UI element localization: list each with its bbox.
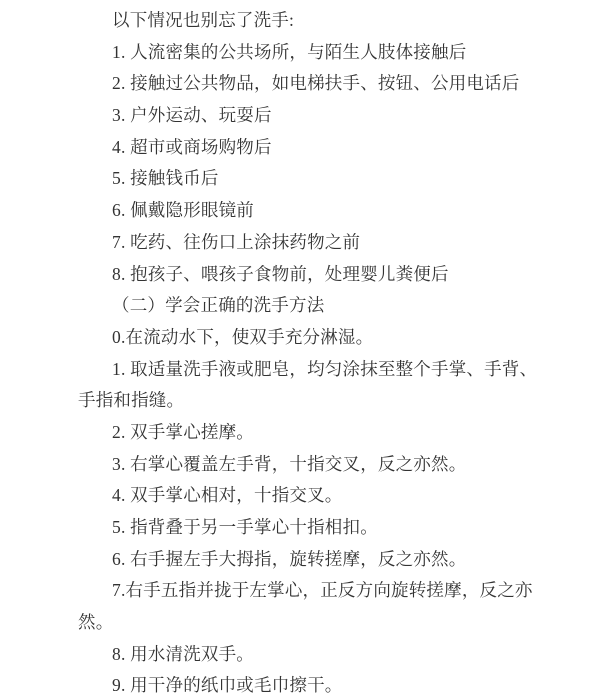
text-line: 8. 用水清洗双手。 — [78, 639, 559, 671]
text-line: （二）学会正确的洗手方法 — [78, 290, 559, 322]
text-line: 3. 户外运动、玩耍后 — [78, 100, 559, 132]
text-line: 7.右手五指并拢于左掌心，正反方向旋转搓摩，反之亦 — [78, 575, 559, 607]
text-line: 1. 人流密集的公共场所，与陌生人肢体接触后 — [78, 37, 559, 69]
document-body: 以下情况也别忘了洗手:1. 人流密集的公共场所，与陌生人肢体接触后2. 接触过公… — [78, 5, 559, 698]
text-line: 7. 吃药、往伤口上涂抹药物之前 — [78, 227, 559, 259]
text-line: 0.在流动水下，使双手充分淋湿。 — [78, 322, 559, 354]
text-line: 6. 佩戴隐形眼镜前 — [78, 195, 559, 227]
text-line: 以下情况也别忘了洗手: — [78, 5, 559, 37]
text-line: 3. 右掌心覆盖左手背，十指交叉，反之亦然。 — [78, 449, 559, 481]
text-line: 8. 抱孩子、喂孩子食物前，处理婴儿粪便后 — [78, 259, 559, 291]
text-line: 6. 右手握左手大拇指，旋转搓摩，反之亦然。 — [78, 544, 559, 576]
text-line: 5. 接触钱币后 — [78, 163, 559, 195]
text-line: 2. 双手掌心搓摩。 — [78, 417, 559, 449]
text-line: 4. 超市或商场购物后 — [78, 132, 559, 164]
text-line: 2. 接触过公共物品，如电梯扶手、按钮、公用电话后 — [78, 68, 559, 100]
text-line: 然。 — [78, 607, 559, 639]
text-line: 5. 指背叠于另一手掌心十指相扣。 — [78, 512, 559, 544]
text-line: 手指和指缝。 — [78, 385, 559, 417]
text-line: 1. 取适量洗手液或肥皂，均匀涂抹至整个手掌、手背、 — [78, 354, 559, 386]
document-page: 以下情况也别忘了洗手:1. 人流密集的公共场所，与陌生人肢体接触后2. 接触过公… — [0, 0, 589, 698]
text-line: 9. 用干净的纸巾或毛巾擦干。 — [78, 670, 559, 698]
text-line: 4. 双手掌心相对，十指交叉。 — [78, 480, 559, 512]
